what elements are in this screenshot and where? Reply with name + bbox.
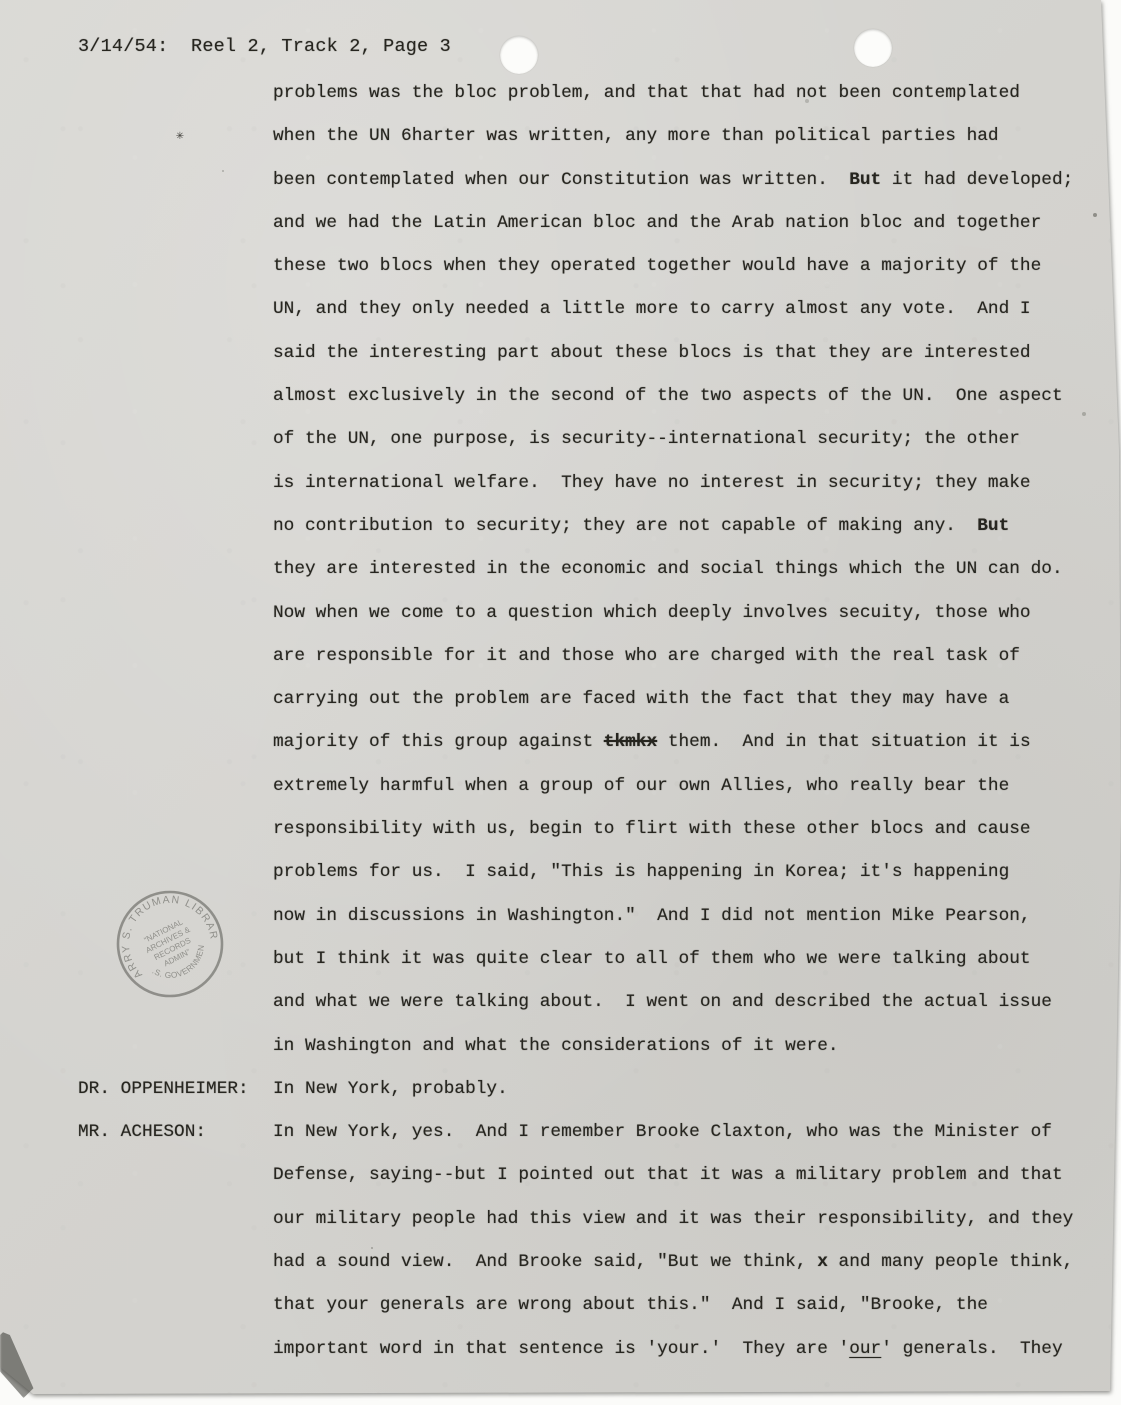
page-header: 3/14/54: Reel 2, Track 2, Page 3	[78, 36, 451, 57]
text-line: are responsible for it and those who are…	[0, 635, 1121, 678]
text-line: UN, and they only needed a little more t…	[0, 288, 1121, 331]
speaker-label: MR. ACHESON:	[78, 1111, 206, 1154]
transcript: problems was the bloc problem, and that …	[0, 72, 1121, 1371]
paper-specks	[0, 0, 2, 2]
scanned-document-page: { "header": "3/14/54: Reel 2, Track 2, P…	[0, 0, 1121, 1405]
typed-segment-bold: But	[977, 516, 1009, 536]
text-line: our military people had this view and it…	[0, 1198, 1121, 1241]
text-line: said the interesting part about these bl…	[0, 332, 1121, 375]
typed-segment-strike-bold: tkmkx	[604, 732, 657, 752]
text-line: responsibility with us, begin to flirt w…	[0, 808, 1121, 851]
text-line: majority of this group against tkmkx the…	[0, 721, 1121, 764]
paper-background: 3/14/54: Reel 2, Track 2, Page 3 ✳ probl…	[0, 0, 1121, 1405]
typed-segment-underline: our	[849, 1339, 881, 1359]
speaker-label: DR. OPPENHEIMER:	[78, 1068, 249, 1111]
text-line: had a sound view. And Brooke said, "But …	[0, 1241, 1121, 1284]
text-line: in Washington and what the consideration…	[0, 1025, 1121, 1068]
truman-library-archives-stamp: HARRY S. TRUMAN LIBRARY U.S. GOVERNMENT …	[100, 874, 240, 1014]
text-line: extremely harmful when a group of our ow…	[0, 765, 1121, 808]
text-line: that your generals are wrong about this.…	[0, 1284, 1121, 1327]
text-line: Now when we come to a question which dee…	[0, 592, 1121, 635]
punch-hole-right	[854, 29, 892, 67]
text-line: when the UN 6harter was written, any mor…	[0, 115, 1121, 158]
text-line: MR. ACHESON:In New York, yes. And I reme…	[0, 1111, 1121, 1154]
text-line: no contribution to security; they are no…	[0, 505, 1121, 548]
text-line: these two blocs when they operated toget…	[0, 245, 1121, 288]
text-line: they are interested in the economic and …	[0, 548, 1121, 591]
text-line: DR. OPPENHEIMER:In New York, probably.	[0, 1068, 1121, 1111]
text-line: and we had the Latin American bloc and t…	[0, 202, 1121, 245]
paper-sheet: 3/14/54: Reel 2, Track 2, Page 3 ✳ probl…	[0, 0, 1121, 1405]
text-line: almost exclusively in the second of the …	[0, 375, 1121, 418]
text-line: is international welfare. They have no i…	[0, 462, 1121, 505]
text-line: of the UN, one purpose, is security--int…	[0, 418, 1121, 461]
text-line: important word in that sentence is 'your…	[0, 1328, 1121, 1371]
text-line: Defense, saying--but I pointed out that …	[0, 1154, 1121, 1197]
text-line: problems was the bloc problem, and that …	[0, 72, 1121, 115]
typed-segment-bold: But	[849, 170, 881, 190]
punch-hole-left	[500, 36, 538, 74]
typed-segment-bold: x	[817, 1252, 828, 1272]
text-line: been contemplated when our Constitution …	[0, 159, 1121, 202]
text-line: carrying out the problem are faced with …	[0, 678, 1121, 721]
